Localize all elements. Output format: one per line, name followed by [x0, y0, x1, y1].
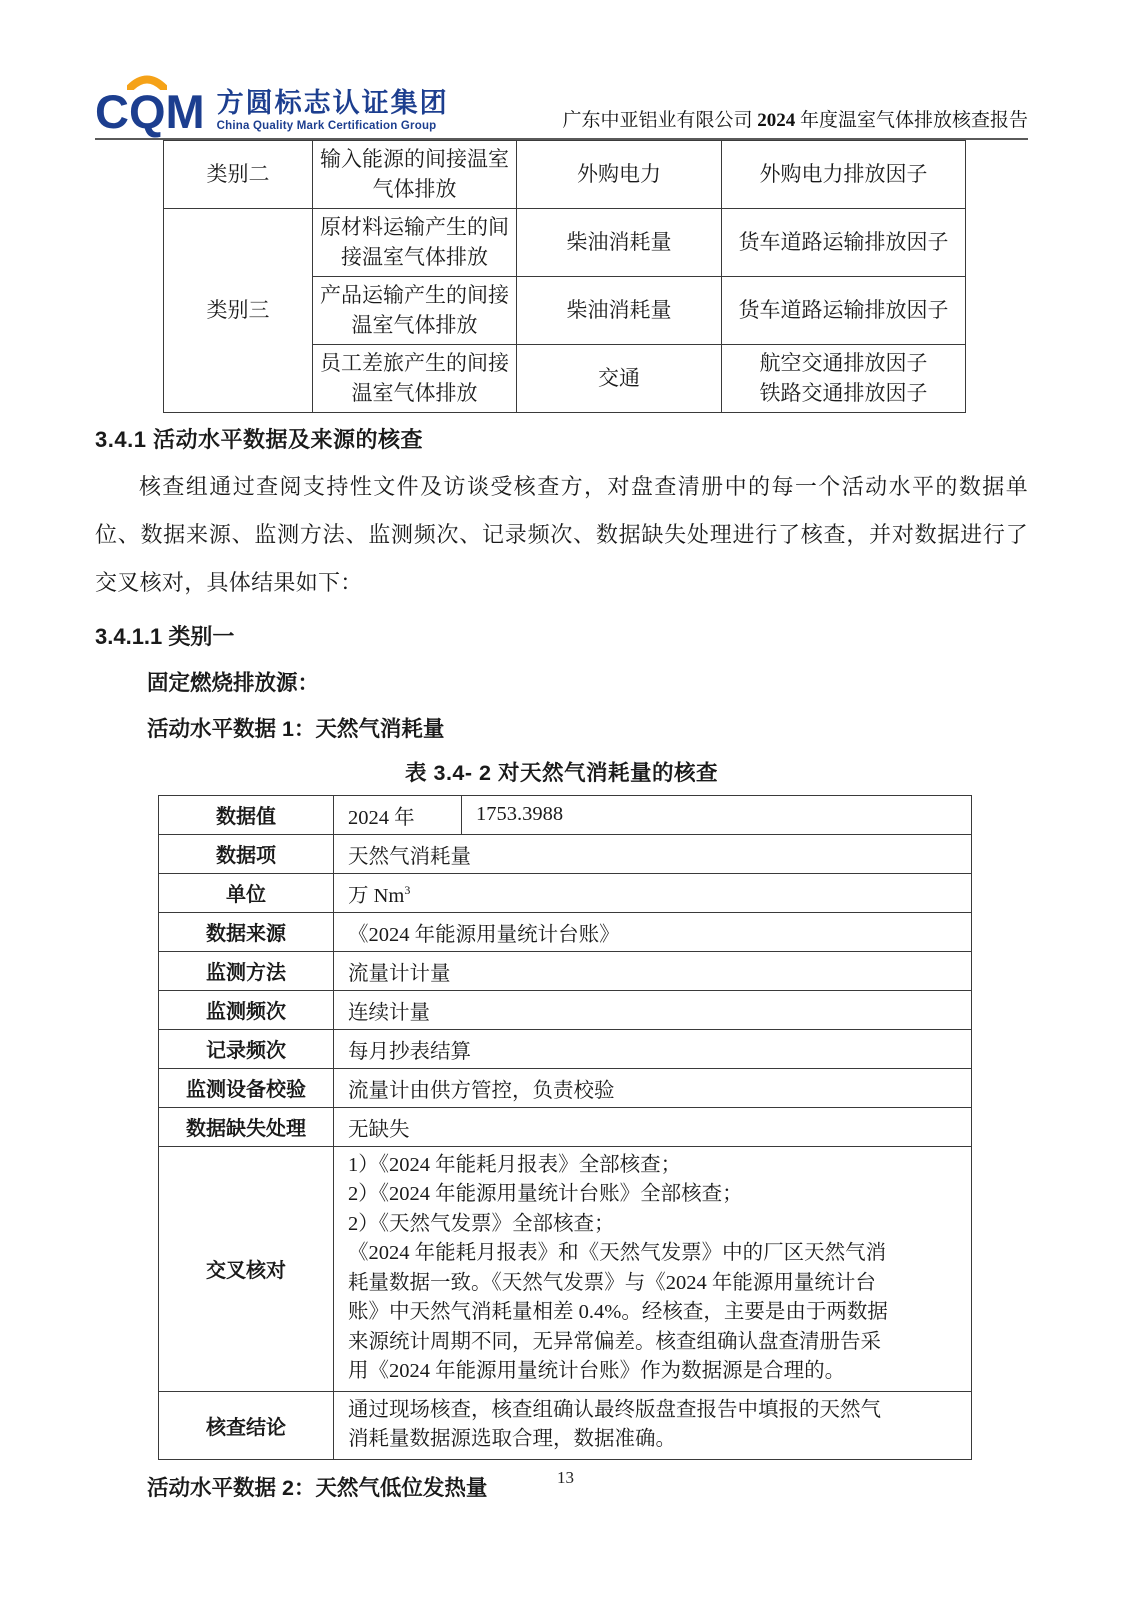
- table-row: 监测设备校验 流量计由供方管控，负责校验: [159, 1068, 972, 1107]
- table-row: 数据项 天然气消耗量: [159, 834, 972, 873]
- activity-cell: 外购电力: [517, 141, 722, 209]
- category-table: 类别二 输入能源的间接温室气体排放 外购电力 外购电力排放因子 类别三 原材料运…: [163, 140, 966, 413]
- table-row: 监测频次 连续计量: [159, 990, 972, 1029]
- document-title-year: 2024: [757, 110, 795, 131]
- fixed-combustion-source-label: 固定燃烧排放源：: [147, 666, 1028, 697]
- cqm-english-name: China Quality Mark Certification Group: [217, 120, 449, 132]
- row-year-value: 2024 年: [334, 795, 462, 834]
- row-label: 数据来源: [159, 912, 334, 951]
- row-value: 《2024 年能源用量统计台账》: [334, 912, 972, 951]
- subsection-heading: 3.4.1.1 类别一: [95, 620, 1028, 651]
- table-row: 数据来源 《2024 年能源用量统计台账》: [159, 912, 972, 951]
- row-label: 监测设备校验: [159, 1068, 334, 1107]
- row-label: 监测方法: [159, 951, 334, 990]
- cqm-logo-mark: CQM: [95, 76, 205, 135]
- table-row: 交叉核对 1）《2024 年能耗月报表》全部核查； 2）《2024 年能源用量统…: [159, 1146, 972, 1391]
- row-value: 流量计由供方管控，负责校验: [334, 1068, 972, 1107]
- row-label: 单位: [159, 873, 334, 912]
- row-label: 数据项: [159, 834, 334, 873]
- document-title-prefix: 广东中亚铝业有限公司: [562, 110, 757, 131]
- category-table-row: 类别二 输入能源的间接温室气体排放 外购电力 外购电力排放因子: [164, 141, 966, 209]
- section-heading: 3.4.1 活动水平数据及来源的核查: [95, 423, 1028, 454]
- activity-cell: 柴油消耗量: [517, 276, 722, 344]
- activity-data-1-label: 活动水平数据 1：天然气消耗量: [147, 712, 1028, 743]
- row-label: 数据缺失处理: [159, 1107, 334, 1146]
- document-title-suffix: 年度温室气体排放核查报告: [795, 110, 1028, 131]
- row-label: 核查结论: [159, 1391, 334, 1459]
- row-label: 交叉核对: [159, 1146, 334, 1391]
- source-cell: 产品运输产生的间接温室气体排放: [313, 276, 517, 344]
- cqm-chinese-name: 方圆标志认证集团: [217, 89, 449, 119]
- factor-cell: 外购电力排放因子: [722, 141, 966, 209]
- page-header: CQM 方圆标志认证集团 China Quality Mark Certific…: [95, 0, 1028, 140]
- document-title: 广东中亚铝业有限公司 2024 年度温室气体排放核查报告: [562, 105, 1028, 135]
- activity-cell: 交通: [517, 344, 722, 412]
- row-label: 数据值: [159, 795, 334, 834]
- cqm-logo: CQM 方圆标志认证集团 China Quality Mark Certific…: [95, 76, 449, 135]
- row-value: 万 Nm3: [334, 873, 972, 912]
- cqm-logo-text: 方圆标志认证集团 China Quality Mark Certificatio…: [217, 79, 449, 132]
- source-cell: 员工差旅产生的间接温室气体排放: [313, 344, 517, 412]
- unit-text: 万 Nm: [348, 885, 404, 907]
- source-cell: 输入能源的间接温室气体排放: [313, 141, 517, 209]
- table-row: 监测方法 流量计计量: [159, 951, 972, 990]
- cqm-abbr-text: CQM: [95, 85, 205, 138]
- category-table-row: 类别三 原材料运输产生的间接温室气体排放 柴油消耗量 货车道路运输排放因子: [164, 208, 966, 276]
- row-value: 天然气消耗量: [334, 834, 972, 873]
- unit-superscript: 3: [404, 883, 410, 897]
- row-value: 1）《2024 年能耗月报表》全部核查； 2）《2024 年能源用量统计台账》全…: [334, 1146, 972, 1391]
- category-cell: 类别二: [164, 141, 313, 209]
- source-cell: 原材料运输产生的间接温室气体排放: [313, 208, 517, 276]
- row-value: 流量计计量: [334, 951, 972, 990]
- verify-table-title: 表 3.4- 2 对天然气消耗量的核查: [95, 756, 1028, 787]
- row-value: 无缺失: [334, 1107, 972, 1146]
- table-row: 单位 万 Nm3: [159, 873, 972, 912]
- table-row: 数据值 2024 年 1753.3988: [159, 795, 972, 834]
- row-value: 连续计量: [334, 990, 972, 1029]
- table-row: 数据缺失处理 无缺失: [159, 1107, 972, 1146]
- row-value: 每月抄表结算: [334, 1029, 972, 1068]
- section-paragraph: 核查组通过查阅支持性文件及访谈受核查方，对盘查清册中的每一个活动水平的数据单位、…: [95, 463, 1028, 607]
- factor-cell: 货车道路运输排放因子: [722, 208, 966, 276]
- verification-table: 数据值 2024 年 1753.3988 数据项 天然气消耗量 单位 万 Nm3…: [158, 795, 972, 1460]
- table-row: 核查结论 通过现场核查，核查组确认最终版盘查报告中填报的天然气 消耗量数据源选取…: [159, 1391, 972, 1459]
- table-row: 记录频次 每月抄表结算: [159, 1029, 972, 1068]
- row-value: 1753.3988: [462, 795, 972, 834]
- factor-cell: 航空交通排放因子 铁路交通排放因子: [722, 344, 966, 412]
- activity-cell: 柴油消耗量: [517, 208, 722, 276]
- report-page: CQM 方圆标志认证集团 China Quality Mark Certific…: [0, 0, 1131, 1502]
- category-cell: 类别三: [164, 208, 313, 412]
- cqm-arc-icon: [127, 74, 167, 90]
- page-number: 13: [0, 1468, 1131, 1488]
- factor-cell: 货车道路运输排放因子: [722, 276, 966, 344]
- row-label: 监测频次: [159, 990, 334, 1029]
- row-label: 记录频次: [159, 1029, 334, 1068]
- row-value: 通过现场核查，核查组确认最终版盘查报告中填报的天然气 消耗量数据源选取合理，数据…: [334, 1391, 972, 1459]
